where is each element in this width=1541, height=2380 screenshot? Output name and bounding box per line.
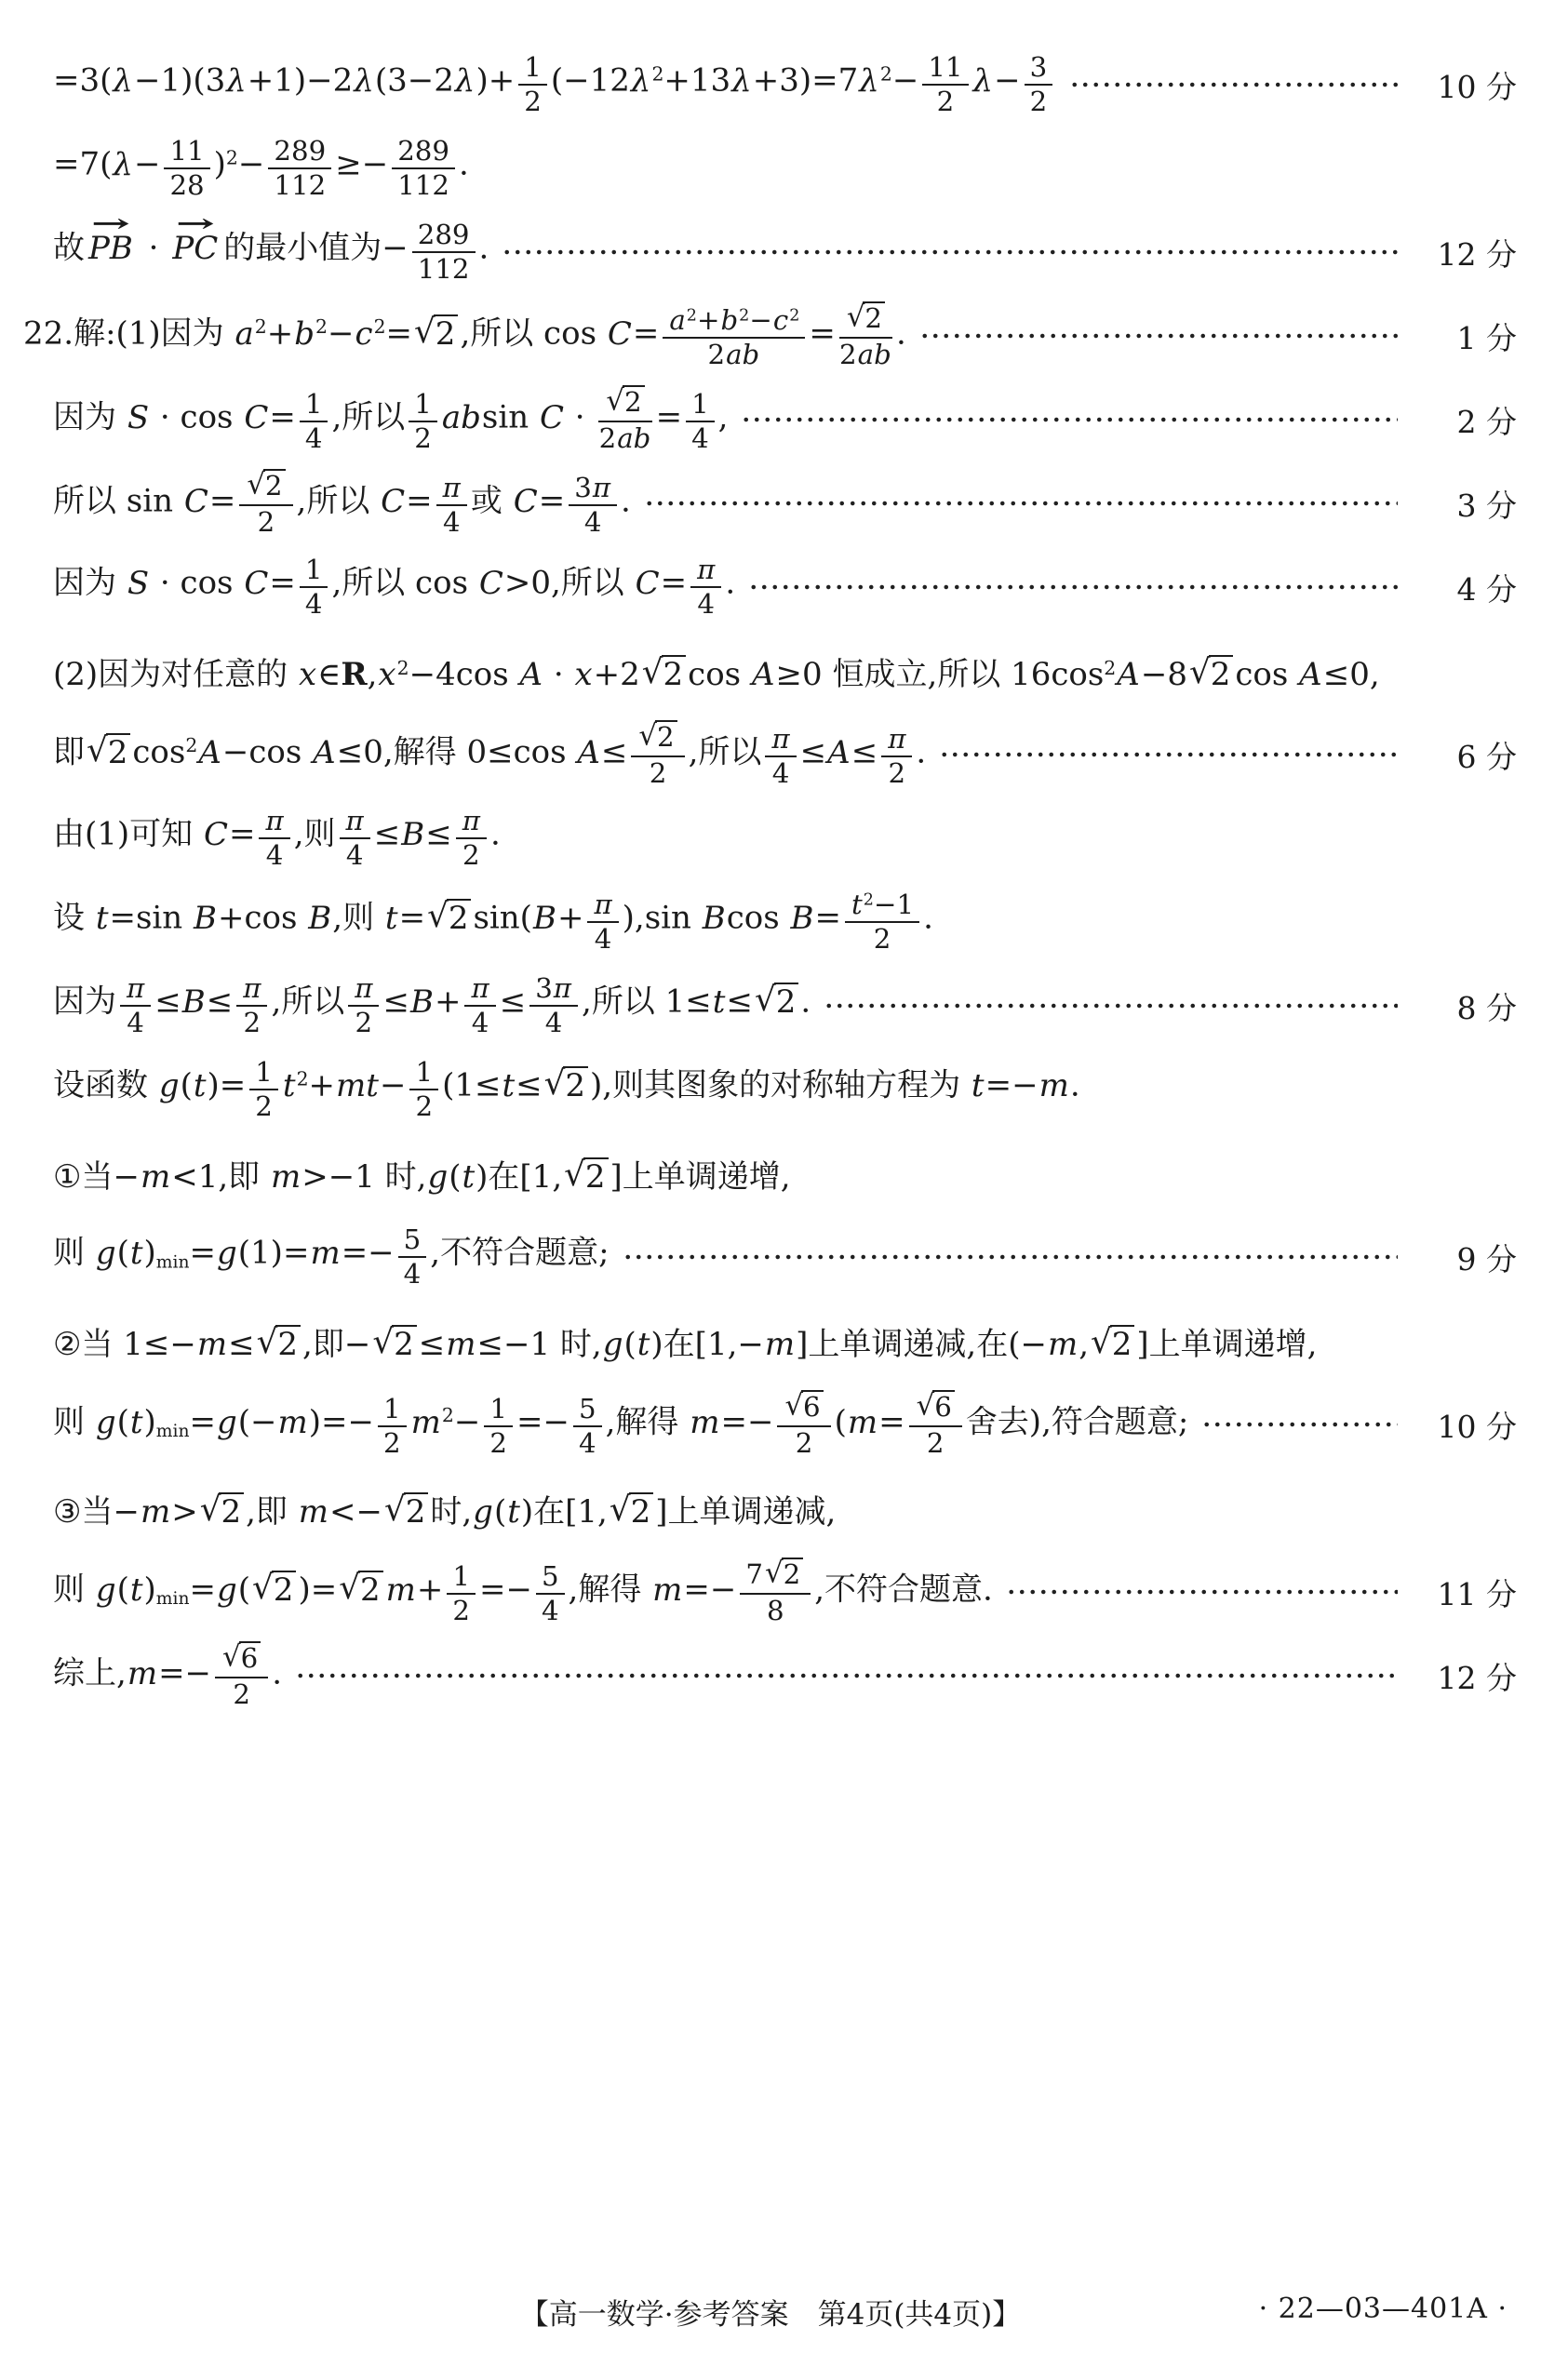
math-text: 4: [579, 1427, 596, 1459]
math-fraction: 3π4: [529, 973, 578, 1037]
math-var: t: [851, 889, 864, 920]
score-label: 1 分: [1413, 314, 1517, 358]
fraction-denominator: 4: [529, 1007, 578, 1038]
math-text: ,不符合题意;: [430, 1235, 609, 1272]
fraction-numerator: t2−1: [845, 889, 919, 923]
math-superscript: 2: [185, 735, 197, 757]
fraction-denominator: 2: [215, 1678, 268, 1710]
math-fraction: π4: [259, 806, 289, 870]
math-fraction: 14: [300, 555, 328, 619]
radicand: 2: [263, 469, 286, 501]
math-text: =−: [342, 1235, 395, 1272]
math-superscript: 2: [315, 316, 328, 339]
math-text: −cos: [222, 734, 312, 771]
math-var: m: [1047, 1326, 1079, 1363]
math-text: >−1 时,: [301, 1158, 426, 1196]
math-text: +: [435, 983, 462, 1021]
math-var: m: [277, 1404, 309, 1441]
math-sqrt: √6: [917, 1390, 955, 1424]
fraction-numerator: 7√2: [740, 1558, 811, 1594]
footer-paper-code: · 22—03—401A ·: [1259, 2293, 1507, 2325]
math-var: B: [532, 900, 557, 937]
radical-sign: √: [427, 897, 449, 935]
math-fraction: 14: [686, 389, 715, 453]
line-math: 则 g(t)min=g(1)=m=−54,不符合题意;: [53, 1224, 610, 1289]
radicand: 6: [932, 1390, 955, 1423]
answer-line: 设 t=sin B+cos B,则 t=√2sin(B+π4),sin Bcos…: [53, 880, 1517, 964]
math-text: .: [800, 983, 811, 1021]
math-sqrt: √2: [638, 720, 677, 754]
math-text: 4: [697, 588, 715, 620]
radical-sign: √: [784, 1391, 803, 1423]
math-var: π: [126, 972, 145, 1004]
fraction-denominator: 112: [412, 253, 476, 285]
math-fraction: 289112: [412, 220, 476, 284]
math-fraction: 1128: [164, 136, 209, 200]
fraction-denominator: 4: [300, 588, 328, 620]
score-label: 4 分: [1413, 566, 1517, 609]
fraction-denominator: 2: [409, 1090, 438, 1122]
math-var: π: [345, 805, 365, 836]
math-text: 1: [691, 388, 709, 420]
math-var: A: [312, 734, 337, 771]
math-text: =: [229, 816, 256, 853]
math-text: 112: [397, 169, 449, 201]
math-var: A: [518, 656, 543, 693]
math-var: C: [203, 816, 229, 853]
math-text: +: [309, 1067, 336, 1104]
math-var: B: [307, 900, 332, 937]
math-var: t: [384, 900, 399, 937]
fraction-denominator: 2: [484, 1427, 513, 1459]
math-text: ≤: [207, 983, 234, 1021]
math-text: 2: [784, 1558, 801, 1590]
math-text: ]上单调递减,在(−: [796, 1326, 1047, 1363]
fraction-denominator: 2: [1025, 86, 1053, 117]
math-text: 2: [599, 422, 617, 454]
math-text: 112: [418, 253, 470, 285]
math-var: t: [461, 1158, 476, 1196]
math-text: ∈: [317, 656, 341, 693]
math-var: x: [377, 656, 396, 693]
math-text: ≤: [419, 1326, 446, 1363]
fraction-denominator: 8: [740, 1595, 811, 1626]
math-text: ,: [718, 399, 729, 436]
math-var: λ: [112, 146, 134, 183]
math-var: B: [400, 816, 425, 853]
radical-sign: √: [642, 653, 663, 691]
math-text: .: [479, 230, 489, 267]
math-text: =3(: [53, 62, 112, 100]
math-fraction: π4: [464, 973, 495, 1037]
line-math: 因为π4≤B≤π2,所以π2≤B+π4≤3π4,所以 1≤t≤√2.: [53, 973, 811, 1037]
radical-sign: √: [247, 470, 265, 501]
math-text: 5: [542, 1560, 559, 1592]
math-text: .: [1070, 1067, 1080, 1104]
math-var: C: [243, 565, 269, 602]
math-text: 则: [53, 1404, 95, 1441]
math-var: π: [770, 723, 790, 755]
math-text: 2: [1211, 656, 1231, 693]
math-text: +: [417, 1571, 444, 1609]
math-text: 3: [574, 472, 592, 503]
line-math: ③当−m>√2,即 m<−√2时,g(t)在[1,√2]上单调递减,: [53, 1486, 836, 1531]
dotted-leader: [295, 1673, 1398, 1678]
math-fraction: π4: [690, 555, 721, 619]
fraction-numerator: 289: [412, 220, 476, 253]
line-math: =3(λ−1)(3λ+1)−2λ(3−2λ)+12(−12λ2+13λ+3)=7…: [53, 52, 1056, 116]
math-superscript: 2: [789, 306, 799, 325]
math-var: c: [772, 304, 789, 336]
math-text: ,所以: [689, 734, 762, 771]
score-label: 3 分: [1413, 482, 1517, 526]
score-label: 12 分: [1413, 231, 1517, 274]
math-text: 2: [524, 86, 542, 117]
radical-sign: √: [755, 981, 776, 1019]
math-sqrt: √2: [564, 1157, 608, 1196]
math-text: 4: [772, 757, 790, 789]
math-text: 2: [265, 470, 283, 501]
radical-sign: √: [544, 1064, 566, 1103]
math-text: · cos: [150, 399, 243, 436]
fraction-denominator: 4: [120, 1007, 151, 1038]
math-sqrt: √2: [427, 899, 471, 937]
math-fraction: 12: [378, 1394, 407, 1458]
math-fraction: √22ab: [598, 385, 651, 453]
fraction-numerator: 1: [518, 52, 547, 86]
math-var: π: [696, 554, 716, 585]
line-math: 因为 S · cos C=14,所以12absin C · √22ab=14,: [53, 385, 728, 453]
fraction-denominator: 4: [573, 1427, 602, 1459]
math-text: 或: [471, 483, 513, 520]
math-var: λ: [730, 62, 753, 100]
radical-sign: √: [372, 1323, 394, 1361]
footer-title: 【高一数学·参考答案 第4页(共4页)】: [520, 2298, 1022, 2332]
math-text: 则: [53, 1235, 95, 1272]
math-text: =: [878, 1404, 905, 1441]
radicand: 6: [239, 1641, 261, 1674]
fraction-denominator: 2: [447, 1595, 476, 1626]
fraction-denominator: 4: [464, 1007, 495, 1038]
math-text: 2: [452, 1595, 470, 1626]
math-var: A: [1298, 656, 1323, 693]
math-var: C: [183, 483, 209, 520]
math-text: 4: [472, 1007, 489, 1038]
math-text: +13: [663, 62, 730, 100]
math-text: =: [190, 1235, 217, 1272]
fraction-numerator: √6: [777, 1390, 830, 1426]
math-text: 289: [397, 135, 449, 167]
math-var: m: [127, 1655, 158, 1692]
math-text: ≤−1 时,: [476, 1326, 601, 1363]
math-var: g: [95, 1235, 117, 1272]
math-text: ,所以 cos: [460, 315, 606, 353]
math-text: 2: [585, 1158, 606, 1196]
math-text: =: [406, 483, 433, 520]
math-text: 即: [53, 734, 85, 771]
math-var: a: [234, 315, 255, 353]
math-text: (: [181, 1067, 193, 1104]
fraction-numerator: 1: [378, 1394, 407, 1427]
radical-sign: √: [252, 1569, 274, 1607]
math-text: =: [809, 315, 836, 353]
radicand: 2: [782, 1558, 804, 1590]
radicand: 2: [774, 983, 799, 1020]
math-text: ,不符合题意.: [814, 1571, 993, 1609]
fraction-numerator: √6: [909, 1390, 962, 1426]
fraction-denominator: 4: [587, 923, 618, 955]
math-text: 1: [414, 388, 432, 420]
math-var: A: [576, 734, 601, 771]
math-text: .: [490, 816, 501, 853]
math-text: =: [209, 483, 236, 520]
line-math: ①当−m<1,即 m>−1 时,g(t)在[1,√2]上单调递增,: [53, 1151, 791, 1197]
radical-sign: √: [87, 731, 108, 769]
math-var: m: [410, 1404, 442, 1441]
math-text: ): [144, 1235, 156, 1272]
math-text: −: [454, 1404, 481, 1441]
math-superscript: 2: [297, 1068, 309, 1090]
radical-sign: √: [610, 1491, 631, 1529]
math-var: λ: [353, 62, 375, 100]
math-text: 2: [927, 1427, 945, 1459]
math-text: )在[1,: [476, 1158, 562, 1196]
fraction-denominator: 4: [398, 1258, 427, 1290]
math-text: 则: [53, 1571, 95, 1609]
math-text: 28: [169, 169, 204, 201]
math-text: 4: [443, 506, 461, 538]
math-text: 2: [255, 1090, 273, 1122]
math-text: ·: [565, 399, 595, 436]
math-text: 7: [745, 1558, 763, 1590]
math-var: g: [216, 1571, 238, 1609]
math-text: −: [892, 62, 919, 100]
math-var: C: [243, 399, 269, 436]
math-fraction: √22: [239, 469, 292, 537]
math-fraction: √62: [777, 1390, 830, 1458]
math-text: 4: [542, 1595, 559, 1626]
radicand: 2: [623, 385, 645, 418]
math-var: B: [702, 900, 727, 937]
line-math: 所以 sin C=√22,所以 C=π4或 C=3π4.: [53, 469, 631, 537]
math-text: −4cos: [409, 656, 519, 693]
fraction-denominator: 2: [777, 1427, 830, 1459]
radical-sign: √: [384, 1491, 406, 1529]
math-text: 2: [258, 506, 275, 538]
math-text: (: [238, 1571, 250, 1609]
math-text: ,所以: [331, 399, 405, 436]
answer-line: =7(λ−1128)2−289112≥−289112.: [53, 127, 1517, 210]
math-var: λ: [858, 62, 880, 100]
math-text: =7(: [53, 146, 112, 183]
fraction-denominator: 2: [631, 757, 684, 789]
math-text: ): [144, 1571, 156, 1609]
math-superscript: 2: [397, 656, 409, 678]
math-fraction: π4: [120, 973, 151, 1037]
math-var: g: [158, 1067, 181, 1104]
math-text: 2: [888, 757, 905, 789]
math-var: A: [197, 734, 222, 771]
score-label: 8 分: [1413, 984, 1517, 1028]
math-var: a: [668, 304, 686, 336]
dotted-leader: [748, 584, 1398, 590]
math-text: 11: [169, 135, 204, 167]
math-text: ,所以: [297, 483, 381, 520]
math-sqrt: √2: [384, 1492, 428, 1531]
math-fraction: 112: [922, 52, 968, 116]
math-text: =−: [479, 1571, 532, 1609]
math-text: )=: [208, 1067, 247, 1104]
math-text: +: [267, 315, 294, 353]
fraction-denominator: 4: [340, 839, 370, 871]
math-var: m: [140, 1493, 171, 1531]
score-label: 11 分: [1413, 1571, 1517, 1614]
math-superscript: 2: [651, 63, 663, 86]
math-text: ·: [543, 656, 573, 693]
math-sqrt: √2: [610, 1492, 653, 1531]
fraction-numerator: 11: [164, 136, 209, 169]
math-text: 2: [415, 1090, 433, 1122]
math-text: =−: [683, 1571, 736, 1609]
math-fraction: 14: [300, 389, 328, 453]
math-var: π: [462, 805, 481, 836]
radicand: 2: [583, 1157, 609, 1195]
math-text: ≤: [154, 983, 181, 1021]
math-fraction: π4: [765, 724, 796, 788]
math-text: 2: [406, 1493, 426, 1531]
math-fraction: 289112: [268, 136, 331, 200]
fraction-numerator: a2+b2−c2: [663, 305, 805, 339]
fraction-denominator: 112: [392, 169, 455, 201]
math-sqrt: √2: [247, 469, 285, 502]
math-var: S: [127, 399, 150, 436]
answer-line: 综上,m=−√62.12 分: [53, 1634, 1517, 1718]
math-text: 3: [1030, 51, 1048, 83]
math-text: =: [656, 399, 683, 436]
math-text: 4: [305, 588, 323, 620]
math-var: π: [887, 723, 906, 755]
math-superscript: 2: [880, 63, 892, 86]
math-text: 由(1)可知: [53, 816, 203, 853]
math-sqrt: √6: [784, 1390, 823, 1424]
math-superscript: 2: [255, 316, 267, 339]
math-var: g: [95, 1404, 117, 1441]
math-text: 2: [360, 1571, 381, 1609]
math-text: ≤: [425, 816, 452, 853]
math-text: =: [269, 399, 296, 436]
answer-line: ①当−m<1,即 m>−1 时,g(t)在[1,√2]上单调递增,: [53, 1131, 1517, 1215]
fraction-numerator: 5: [398, 1224, 427, 1258]
math-text: (1)=: [238, 1235, 310, 1272]
fraction-numerator: π: [464, 973, 495, 1007]
vector-arrow-icon: →: [176, 212, 215, 237]
fraction-denominator: 4: [690, 588, 721, 620]
math-superscript: 2: [739, 306, 749, 325]
math-var: π: [593, 889, 612, 920]
math-text: 因为: [53, 565, 127, 602]
math-text: =: [661, 565, 688, 602]
math-text: 3: [535, 972, 553, 1004]
line-math: 则 g(t)min=g(−m)=−12m2−12=−54,解得 m=−√62(m…: [53, 1390, 1188, 1458]
fraction-numerator: π: [340, 806, 370, 839]
radicand: 2: [275, 1325, 301, 1362]
answer-line: 则 g(t)min=g(1)=m=−54,不符合题意;9 分: [53, 1215, 1517, 1299]
math-fraction: 12: [409, 1057, 438, 1121]
math-text: =: [269, 565, 296, 602]
math-var: x: [573, 656, 593, 693]
line-math: 则 g(t)min=g(√2)=√2m+12=−54,解得 m=−7√28,不符…: [53, 1558, 993, 1625]
math-text: ≤0,: [1323, 656, 1380, 693]
math-text: +1)−2: [248, 62, 354, 100]
math-var: mt: [335, 1067, 380, 1104]
radicand: 2: [629, 1492, 654, 1530]
math-text: ,即−: [302, 1326, 370, 1363]
fraction-denominator: 28: [164, 169, 209, 201]
math-fraction: 12: [518, 52, 547, 116]
math-text: ≤: [500, 983, 527, 1021]
math-text: ,则: [294, 816, 336, 853]
fraction-denominator: 2ab: [839, 339, 892, 370]
radical-sign: √: [200, 1491, 221, 1529]
math-text: 1: [524, 51, 542, 83]
math-text: =−: [158, 1655, 211, 1692]
fraction-numerator: 1: [249, 1057, 278, 1090]
score-label: 9 分: [1413, 1236, 1517, 1279]
fraction-numerator: π: [120, 973, 151, 1007]
math-text: (2)因为对任意的: [53, 656, 298, 693]
math-text: 2: [221, 1493, 241, 1531]
math-text: =: [539, 483, 566, 520]
math-fraction: √22: [631, 720, 684, 788]
math-sqrt: √2: [755, 983, 798, 1021]
radicand: 2: [1110, 1325, 1135, 1362]
math-var: A: [1116, 656, 1141, 693]
math-text: .: [725, 565, 735, 602]
dotted-leader: [623, 1254, 1398, 1260]
fraction-denominator: 2: [239, 506, 292, 538]
radicand: 2: [662, 655, 687, 692]
math-text: ≤: [516, 1067, 543, 1104]
dotted-leader: [1069, 82, 1398, 87]
line-math: 即√2cos2A−cos A≤0,解得 0≤cos A≤√22,所以π4≤A≤π…: [53, 720, 926, 788]
radicand: 2: [404, 1492, 429, 1530]
answer-line: =3(λ−1)(3λ+1)−2λ(3−2λ)+12(−12λ2+13λ+3)=7…: [53, 43, 1517, 127]
score-label: 12 分: [1413, 1654, 1517, 1698]
math-var: b: [719, 304, 739, 336]
dotted-leader: [741, 417, 1398, 422]
math-text: 2: [631, 1493, 651, 1531]
math-text: ①当−: [53, 1158, 140, 1196]
math-text: (: [117, 1404, 129, 1441]
math-text: · cos: [150, 565, 243, 602]
dotted-leader: [1201, 1422, 1398, 1427]
radical-sign: √: [564, 1156, 585, 1194]
line-math: 设 t=sin B+cos B,则 t=√2sin(B+π4),sin Bcos…: [53, 889, 933, 954]
math-text: 8: [767, 1595, 784, 1626]
fraction-denominator: 112: [268, 169, 331, 201]
answer-line: 因为 S · cos C=14,所以 cos C>0,所以 C=π4.4 分: [53, 545, 1517, 629]
math-text: ≤: [726, 983, 753, 1021]
math-var: π: [592, 472, 611, 503]
math-text: 4: [404, 1258, 422, 1290]
math-text: <−: [329, 1493, 382, 1531]
math-text: )在[1,: [521, 1493, 608, 1531]
answer-line: 22.解:(1)因为 a2+b2−c2=√2,所以 cos C=a2+b2−c2…: [23, 294, 1517, 378]
math-text: 故: [53, 230, 85, 267]
math-sqrt: √2: [87, 733, 130, 771]
math-text: cos: [132, 734, 185, 771]
math-text: ≤: [382, 983, 409, 1021]
